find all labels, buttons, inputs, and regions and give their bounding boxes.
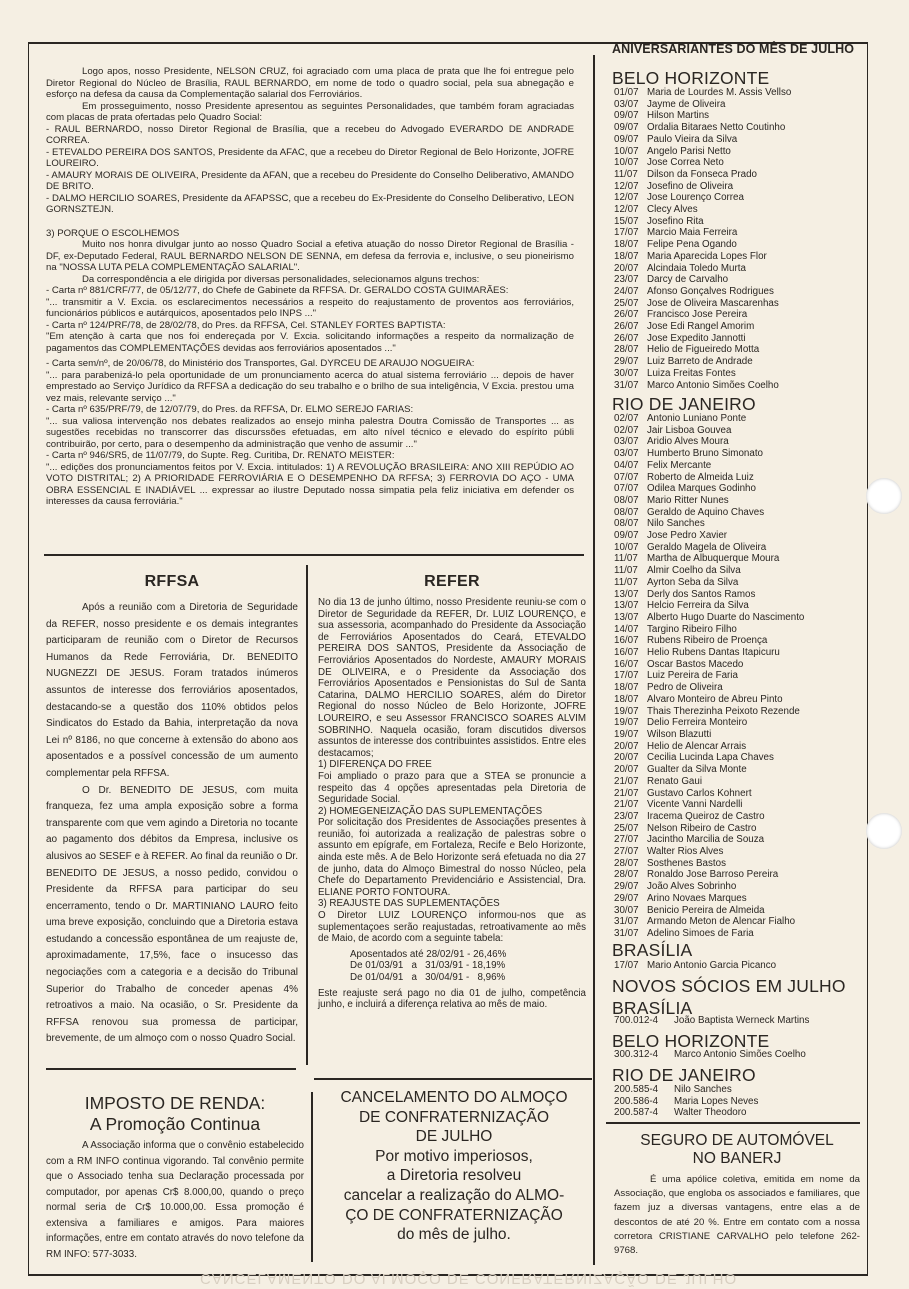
birthday-row: 13/07Helcio Ferreira da Silva	[614, 600, 804, 612]
entry-key: 01/07	[614, 87, 647, 99]
item-heading: 3) REAJUSTE DAS SUPLEMENTAÇÕES	[318, 898, 586, 910]
birthday-row: 03/07Aridio Alves Moura	[614, 436, 804, 448]
entry-name: Helio de Figueiredo Motta	[647, 344, 759, 356]
entry-name: Jose Lourenço Correa	[647, 192, 744, 204]
birthday-row: 23/07Darcy de Carvalho	[614, 274, 791, 286]
entry-key: 11/07	[614, 577, 647, 589]
entry-key: 10/07	[614, 146, 647, 158]
entry-name: Ronaldo Jose Barroso Pereira	[647, 869, 778, 881]
entry-name: Nilo Sanches	[647, 518, 705, 530]
entry-key: 26/07	[614, 321, 647, 333]
birthday-row: 11/07Almir Coelho da Silva	[614, 565, 804, 577]
rffsa-body: Após a reunião com a Diretoria de Seguri…	[46, 600, 298, 1048]
birthday-row: 18/07Alvaro Monteiro de Abreu Pinto	[614, 694, 804, 706]
entry-key: 31/07	[614, 916, 647, 928]
birthday-row: 18/07Pedro de Oliveira	[614, 682, 804, 694]
birthday-row: 07/07Odilea Marques Godinho	[614, 483, 804, 495]
entry-name: Clecy Alves	[647, 204, 698, 216]
birthday-row: 18/07Maria Aparecida Lopes Flor	[614, 251, 791, 263]
entry-name: João Baptista Werneck Martins	[674, 1015, 809, 1027]
item-heading: 1) DIFERENÇA DO FREE	[318, 759, 586, 771]
entry-key: 17/07	[614, 960, 647, 972]
notice-line: CANCELAMENTO DO ALMOÇO	[318, 1088, 590, 1108]
entry-key: 07/07	[614, 472, 647, 484]
entry-name: Alcindaia Toledo Murta	[647, 263, 746, 275]
entry-name: Afonso Gonçalves Rodrigues	[647, 286, 774, 298]
entry-key: 700.012-4	[614, 1015, 674, 1027]
notice-line: Por motivo imperiosos,	[318, 1147, 590, 1167]
title-line: A Promoção Continua	[40, 1114, 310, 1135]
entry-name: Ordalia Bitaraes Netto Coutinho	[647, 122, 785, 134]
birthday-row: 27/07Jacintho Marcilia de Souza	[614, 834, 804, 846]
entry-key: 24/07	[614, 286, 647, 298]
entry-key: 15/07	[614, 216, 647, 228]
entry-name: Marcio Maia Ferreira	[647, 227, 737, 239]
birthday-row: 19/07Wilson Blazutti	[614, 729, 804, 741]
entry-key: 21/07	[614, 776, 647, 788]
entry-name: Jose Edi Rangel Amorim	[647, 321, 754, 333]
birthday-row: 31/07Adelino Simoes de Faria	[614, 928, 804, 940]
entry-name: Jayme de Oliveira	[647, 99, 725, 111]
member-row: 200.585-4Nilo Sanches	[614, 1084, 758, 1096]
birthday-row: 31/07Armando Meton de Alencar Fialho	[614, 916, 804, 928]
entry-name: Maria Aparecida Lopes Flor	[647, 251, 767, 263]
entry-key: 12/07	[614, 192, 647, 204]
entry-key: 19/07	[614, 729, 647, 741]
entry-name: Sosthenes Bastos	[647, 858, 726, 870]
list-item: - ETEVALDO PEREIRA DOS SANTOS, President…	[46, 147, 574, 170]
entry-key: 11/07	[614, 553, 647, 565]
new-member-list-bsb: 700.012-4João Baptista Werneck Martins	[614, 1015, 809, 1027]
birthday-row: 10/07Geraldo Magela de Oliveira	[614, 542, 804, 554]
aniversariantes-title: ANIVERSARIANTES DO MÊS DE JULHO	[612, 42, 854, 56]
notice-line: cancelar a realização do ALMO-	[318, 1186, 590, 1206]
entry-key: 03/07	[614, 99, 647, 111]
section-divider	[46, 1068, 296, 1070]
entry-key: 02/07	[614, 413, 647, 425]
entry-name: Alvaro Monteiro de Abreu Pinto	[647, 694, 783, 706]
imposto-title: IMPOSTO DE RENDA: A Promoção Continua	[40, 1093, 310, 1135]
entry-key: 200.587-4	[614, 1107, 674, 1119]
birthday-row: 29/07Arino Novaes Marques	[614, 893, 804, 905]
entry-name: Alberto Hugo Duarte do Nascimento	[647, 612, 804, 624]
birthday-row: 17/07Luiz Pereira de Faria	[614, 670, 804, 682]
entry-name: Odilea Marques Godinho	[647, 483, 756, 495]
quote: "... para parabenizá-lo pela oportunidad…	[46, 370, 574, 405]
city-heading: RIO DE JANEIRO	[612, 394, 756, 415]
entry-key: 13/07	[614, 612, 647, 624]
entry-key: 07/07	[614, 483, 647, 495]
entry-name: Geraldo de Aquino Chaves	[647, 507, 764, 519]
quote: "Em atenção à carta que nos foi endereça…	[46, 331, 574, 354]
birthday-row: 08/07Nilo Sanches	[614, 518, 804, 530]
birthday-row: 25/07Nelson Ribeiro de Castro	[614, 823, 804, 835]
entry-name: Helio de Alencar Arrais	[647, 741, 746, 753]
birthday-row: 04/07Felix Mercante	[614, 460, 804, 472]
entry-name: Gustavo Carlos Kohnert	[647, 788, 752, 800]
entry-key: 28/07	[614, 869, 647, 881]
entry-name: Oscar Bastos Macedo	[647, 659, 743, 671]
reajuste-table: Aposentados até 28/02/91 - 26,46% De 01/…	[318, 949, 586, 984]
letter-ref: - Carta nº 881/CRF/77, de 05/12/77, do C…	[46, 285, 574, 297]
entry-name: Walter Rios Alves	[647, 846, 723, 858]
birthday-row: 20/07Alcindaia Toledo Murta	[614, 263, 791, 275]
entry-key: 08/07	[614, 518, 647, 530]
list-item: - DALMO HERCILIO SOARES, Presidente da A…	[46, 193, 574, 216]
entry-name: Jose de Oliveira Mascarenhas	[647, 298, 779, 310]
entry-name: Paulo Vieira da Silva	[647, 134, 737, 146]
letter-ref: - Carta nº 946/SR5, de 11/07/79, do Supt…	[46, 450, 574, 462]
entry-name: Marco Antonio Simões Coelho	[647, 380, 779, 392]
entry-key: 28/07	[614, 858, 647, 870]
entry-key: 27/07	[614, 834, 647, 846]
entry-key: 25/07	[614, 823, 647, 835]
entry-key: 25/07	[614, 298, 647, 310]
entry-key: 200.585-4	[614, 1084, 674, 1096]
cancelamento-notice: CANCELAMENTO DO ALMOÇO DE CONFRATERNIZAÇ…	[318, 1088, 590, 1245]
seguro-body: É uma apólice coletiva, emitida em nome …	[614, 1173, 860, 1258]
entry-name: Jose Pedro Xavier	[647, 530, 727, 542]
entry-key: 13/07	[614, 600, 647, 612]
member-row: 300.312-4Marco Antonio Simões Coelho	[614, 1049, 806, 1061]
entry-key: 04/07	[614, 460, 647, 472]
city-heading: BRASÍLIA	[612, 940, 692, 961]
entry-name: Almir Coelho da Silva	[647, 565, 741, 577]
entry-key: 03/07	[614, 448, 647, 460]
entry-name: Ayrton Seba da Silva	[647, 577, 738, 589]
birthday-row: 02/07Antonio Luniano Ponte	[614, 413, 804, 425]
notice-line: a Diretoria resolveu	[318, 1166, 590, 1186]
title-line: SEGURO DE AUTOMÓVEL	[612, 1132, 862, 1150]
entry-name: Darcy de Carvalho	[647, 274, 728, 286]
refer-body: No dia 13 de junho último, nosso Preside…	[318, 597, 586, 1011]
entry-key: 18/07	[614, 239, 647, 251]
entry-name: Roberto de Almeida Luiz	[647, 472, 754, 484]
birthday-row: 11/07Dilson da Fonseca Prado	[614, 169, 791, 181]
entry-name: Martha de Albuquerque Moura	[647, 553, 779, 565]
birthday-row: 26/07Jose Expedito Jannotti	[614, 333, 791, 345]
birthday-row: 21/07Gustavo Carlos Kohnert	[614, 788, 804, 800]
entry-key: 29/07	[614, 881, 647, 893]
punch-hole	[866, 813, 902, 849]
entry-key: 12/07	[614, 181, 647, 193]
birthday-row: 14/07Targino Ribeiro Filho	[614, 624, 804, 636]
entry-name: Angelo Parisi Netto	[647, 146, 731, 158]
entry-name: Vicente Vanni Nardelli	[647, 799, 743, 811]
birthday-row: 12/07Clecy Alves	[614, 204, 791, 216]
paragraph: Da correspondência a ele dirigida por di…	[46, 274, 574, 286]
birthday-row: 18/07Felipe Pena Ogando	[614, 239, 791, 251]
birthday-row: 09/07Ordalia Bitaraes Netto Coutinho	[614, 122, 791, 134]
entry-name: Luiz Barreto de Andrade	[647, 356, 753, 368]
entry-name: Humberto Bruno Simonato	[647, 448, 763, 460]
birthday-row: 10/07Jose Correa Neto	[614, 157, 791, 169]
section-divider	[44, 554, 584, 556]
birthday-row: 17/07Marcio Maia Ferreira	[614, 227, 791, 239]
entry-name: Hilson Martins	[647, 110, 709, 122]
entry-name: Maria Lopes Neves	[674, 1096, 758, 1108]
entry-key: 12/07	[614, 204, 647, 216]
entry-name: Josefino de Oliveira	[647, 181, 733, 193]
birthday-row: 28/07Sosthenes Bastos	[614, 858, 804, 870]
entry-key: 29/07	[614, 893, 647, 905]
paragraph: A Associação informa que o convênio esta…	[46, 1138, 304, 1262]
column-divider	[311, 1092, 313, 1262]
birthday-row: 09/07Jose Pedro Xavier	[614, 530, 804, 542]
entry-name: Dilson da Fonseca Prado	[647, 169, 757, 181]
birthday-row: 29/07João Alves Sobrinho	[614, 881, 804, 893]
entry-key: 20/07	[614, 752, 647, 764]
entry-key: 14/07	[614, 624, 647, 636]
quote: "... sua valiosa intervenção nos debates…	[46, 416, 574, 451]
table-row: Aposentados até 28/02/91 - 26,46%	[318, 949, 586, 961]
birthday-row: 03/07Jayme de Oliveira	[614, 99, 791, 111]
entry-key: 09/07	[614, 134, 647, 146]
entry-name: Cecilia Lucinda Lapa Chaves	[647, 752, 774, 764]
column-divider	[306, 565, 308, 1065]
birthday-row: 09/07Paulo Vieira da Silva	[614, 134, 791, 146]
entry-name: Delio Ferreira Monteiro	[647, 717, 747, 729]
birthday-row: 16/07Helio Rubens Dantas Itapicuru	[614, 647, 804, 659]
entry-key: 16/07	[614, 635, 647, 647]
section-divider	[314, 1078, 592, 1080]
entry-key: 31/07	[614, 380, 647, 392]
entry-key: 19/07	[614, 706, 647, 718]
entry-name: Nelson Ribeiro de Castro	[647, 823, 756, 835]
entry-key: 20/07	[614, 741, 647, 753]
entry-name: Arino Novaes Marques	[647, 893, 747, 905]
entry-name: Armando Meton de Alencar Fialho	[647, 916, 795, 928]
entry-name: Jose Correa Neto	[647, 157, 724, 169]
entry-name: Marco Antonio Simões Coelho	[674, 1049, 806, 1061]
birthday-row: 02/07Jair Lisboa Gouvea	[614, 425, 804, 437]
entry-name: Rubens Ribeiro de Proença	[647, 635, 767, 647]
entry-name: Iracema Queiroz de Castro	[647, 811, 765, 823]
birthday-row: 13/07Alberto Hugo Duarte do Nascimento	[614, 612, 804, 624]
novos-socios-title: NOVOS SÓCIOS EM JULHO	[612, 976, 846, 997]
entry-key: 10/07	[614, 157, 647, 169]
entry-name: Targino Ribeiro Filho	[647, 624, 737, 636]
birthday-row: 10/07Angelo Parisi Netto	[614, 146, 791, 158]
city-heading: BELO HORIZONTE	[612, 68, 769, 89]
letter-ref: - Carta nº 124/PRF/78, de 28/02/78, do P…	[46, 320, 574, 332]
seguro-title: SEGURO DE AUTOMÓVEL NO BANERJ	[612, 1132, 862, 1168]
birthday-row: 28/07Helio de Figueiredo Motta	[614, 344, 791, 356]
birthday-row: 12/07Josefino de Oliveira	[614, 181, 791, 193]
birthday-row: 15/07Josefino Rita	[614, 216, 791, 228]
birthday-row: 27/07Walter Rios Alves	[614, 846, 804, 858]
entry-key: 11/07	[614, 169, 647, 181]
entry-key: 08/07	[614, 495, 647, 507]
entry-name: Nilo Sanches	[674, 1084, 732, 1096]
refer-title: REFER	[318, 573, 586, 591]
entry-name: Josefino Rita	[647, 216, 704, 228]
entry-name: Helcio Ferreira da Silva	[647, 600, 749, 612]
section-divider	[606, 1122, 860, 1124]
birthday-row: 08/07Mario Ritter Nunes	[614, 495, 804, 507]
table-row: De 01/04/91 a 30/04/91 - 8,96%	[318, 972, 586, 984]
birthday-row: 31/07Marco Antonio Simões Coelho	[614, 380, 791, 392]
member-row: 700.012-4João Baptista Werneck Martins	[614, 1015, 809, 1027]
entry-name: Wilson Blazutti	[647, 729, 711, 741]
birthday-row: 07/07Roberto de Almeida Luiz	[614, 472, 804, 484]
birthday-row: 20/07Gualter da Silva Monte	[614, 764, 804, 776]
paragraph: O Dr. BENEDITO DE JESUS, com muita franq…	[46, 783, 298, 1049]
entry-name: Maria de Lourdes M. Assis Vellso	[647, 87, 791, 99]
entry-key: 26/07	[614, 333, 647, 345]
notice-line: DE CONFRATERNIZAÇÃO	[318, 1108, 590, 1128]
birthday-list-bsb: 17/07Mario Antonio Garcia Picanco	[614, 960, 776, 972]
entry-key: 23/07	[614, 811, 647, 823]
entry-name: Mario Antonio Garcia Picanco	[647, 960, 776, 972]
birthday-row: 09/07Hilson Martins	[614, 110, 791, 122]
entry-key: 18/07	[614, 251, 647, 263]
entry-name: Adelino Simoes de Faria	[647, 928, 754, 940]
bleed-through-text: CANCELAMENTO DO ALMOÇO DE CONFRATERNIZAÇ…	[200, 1270, 737, 1287]
entry-key: 21/07	[614, 799, 647, 811]
paragraph: Foi ampliado o prazo para que a STEA se …	[318, 771, 586, 806]
birthday-row: 20/07Cecilia Lucinda Lapa Chaves	[614, 752, 804, 764]
entry-name: Derly dos Santos Ramos	[647, 589, 755, 601]
entry-name: Luiz Pereira de Faria	[647, 670, 738, 682]
birthday-row: 01/07Maria de Lourdes M. Assis Vellso	[614, 87, 791, 99]
entry-name: Jose Expedito Jannotti	[647, 333, 746, 345]
birthday-row: 25/07Jose de Oliveira Mascarenhas	[614, 298, 791, 310]
entry-key: 09/07	[614, 110, 647, 122]
entry-key: 16/07	[614, 647, 647, 659]
paragraph: Em prosseguimento, nosso Presidente apre…	[46, 101, 574, 124]
item-heading: 2) HOMEGENEIZAÇÃO DAS SUPLEMENTAÇÕES	[318, 806, 586, 818]
paragraph: É uma apólice coletiva, emitida em nome …	[614, 1173, 860, 1258]
list-item: - RAUL BERNARDO, nosso Diretor Regional …	[46, 124, 574, 147]
column-divider	[593, 55, 595, 1265]
title-line: IMPOSTO DE RENDA:	[40, 1093, 310, 1114]
entry-name: Antonio Luniano Ponte	[647, 413, 746, 425]
entry-key: 20/07	[614, 764, 647, 776]
entry-name: Mario Ritter Nunes	[647, 495, 729, 507]
entry-name: João Alves Sobrinho	[647, 881, 736, 893]
entry-name: Aridio Alves Moura	[647, 436, 729, 448]
birthday-row: 21/07Vicente Vanni Nardelli	[614, 799, 804, 811]
birthday-list-bh: 01/07Maria de Lourdes M. Assis Vellso03/…	[614, 87, 791, 391]
birthday-row: 17/07Mario Antonio Garcia Picanco	[614, 960, 776, 972]
entry-name: Helio Rubens Dantas Itapicuru	[647, 647, 780, 659]
birthday-row: 08/07Geraldo de Aquino Chaves	[614, 507, 804, 519]
entry-key: 03/07	[614, 436, 647, 448]
entry-name: Felipe Pena Ogando	[647, 239, 737, 251]
birthday-row: 19/07Thais Therezinha Peixoto Rezende	[614, 706, 804, 718]
entry-key: 31/07	[614, 928, 647, 940]
birthday-row: 11/07Ayrton Seba da Silva	[614, 577, 804, 589]
entry-name: Gualter da Silva Monte	[647, 764, 747, 776]
entry-key: 29/07	[614, 356, 647, 368]
entry-key: 08/07	[614, 507, 647, 519]
paragraph: Após a reunião com a Diretoria de Seguri…	[46, 600, 298, 783]
entry-key: 18/07	[614, 694, 647, 706]
birthday-row: 21/07Renato Gaui	[614, 776, 804, 788]
entry-key: 13/07	[614, 589, 647, 601]
birthday-row: 26/07Jose Edi Rangel Amorim	[614, 321, 791, 333]
paragraph: O Diretor LUIZ LOURENÇO informou-nos que…	[318, 910, 586, 945]
birthday-row: 30/07Luiza Freitas Fontes	[614, 368, 791, 380]
paragraph: Logo apos, nosso Presidente, NELSON CRUZ…	[46, 66, 574, 101]
city-heading: RIO DE JANEIRO	[612, 1065, 756, 1086]
title-line: NO BANERJ	[612, 1150, 862, 1168]
entry-key: 20/07	[614, 263, 647, 275]
entry-key: 30/07	[614, 905, 647, 917]
birthday-row: 16/07Rubens Ribeiro de Proença	[614, 635, 804, 647]
entry-key: 17/07	[614, 227, 647, 239]
entry-key: 11/07	[614, 565, 647, 577]
imposto-body: A Associação informa que o convênio esta…	[46, 1138, 304, 1262]
list-item: - AMAURY MORAIS DE OLIVEIRA, Presidente …	[46, 170, 574, 193]
paragraph: Por solicitação dos Presidentes de Assoc…	[318, 817, 586, 898]
notice-line: do mês de julho.	[318, 1225, 590, 1245]
birthday-row: 24/07Afonso Gonçalves Rodrigues	[614, 286, 791, 298]
birthday-row: 29/07Luiz Barreto de Andrade	[614, 356, 791, 368]
entry-key: 09/07	[614, 122, 647, 134]
entry-key: 02/07	[614, 425, 647, 437]
quote: "... transmitir a V. Excia. os esclareci…	[46, 297, 574, 320]
entry-name: Renato Gaui	[647, 776, 702, 788]
birthday-row: 19/07Delio Ferreira Monteiro	[614, 717, 804, 729]
entry-key: 17/07	[614, 670, 647, 682]
section-heading: 3) PORQUE O ESCOLHEMOS	[46, 228, 574, 240]
paragraph: Muito nos honra divulgar junto ao nosso …	[46, 239, 574, 274]
entry-name: Geraldo Magela de Oliveira	[647, 542, 766, 554]
entry-name: Benicio Pereira de Almeida	[647, 905, 765, 917]
entry-name: Jacintho Marcilia de Souza	[647, 834, 764, 846]
birthday-list-rj: 02/07Antonio Luniano Ponte02/07Jair Lisb…	[614, 413, 804, 940]
entry-key: 19/07	[614, 717, 647, 729]
entry-name: Walter Theodoro	[674, 1107, 746, 1119]
entry-key: 28/07	[614, 344, 647, 356]
entry-key: 09/07	[614, 530, 647, 542]
birthday-row: 30/07Benicio Pereira de Almeida	[614, 905, 804, 917]
entry-key: 21/07	[614, 788, 647, 800]
entry-name: Jair Lisboa Gouvea	[647, 425, 731, 437]
entry-key: 10/07	[614, 542, 647, 554]
letter-ref: - Carta nº 635/PRF/79, de 12/07/79, do P…	[46, 404, 574, 416]
punch-hole	[866, 478, 902, 514]
rffsa-title: RFFSA	[46, 573, 298, 591]
entry-name: Pedro de Oliveira	[647, 682, 723, 694]
entry-key: 27/07	[614, 846, 647, 858]
new-member-list-rj: 200.585-4Nilo Sanches200.586-4Maria Lope…	[614, 1084, 758, 1119]
birthday-row: 13/07Derly dos Santos Ramos	[614, 589, 804, 601]
birthday-row: 23/07Iracema Queiroz de Castro	[614, 811, 804, 823]
entry-key: 18/07	[614, 682, 647, 694]
entry-key: 30/07	[614, 368, 647, 380]
birthday-row: 03/07Humberto Bruno Simonato	[614, 448, 804, 460]
birthday-row: 11/07Martha de Albuquerque Moura	[614, 553, 804, 565]
birthday-row: 28/07Ronaldo Jose Barroso Pereira	[614, 869, 804, 881]
letter-ref: - Carta sem/nº, de 20/06/78, do Ministér…	[46, 358, 574, 370]
entry-key: 16/07	[614, 659, 647, 671]
new-member-list-bh: 300.312-4Marco Antonio Simões Coelho	[614, 1049, 806, 1061]
entry-name: Francisco Jose Pereira	[647, 309, 747, 321]
entry-key: 200.586-4	[614, 1096, 674, 1108]
notice-line: DE JULHO	[318, 1127, 590, 1147]
member-row: 200.587-4Walter Theodoro	[614, 1107, 758, 1119]
member-row: 200.586-4Maria Lopes Neves	[614, 1096, 758, 1108]
entry-name: Luiza Freitas Fontes	[647, 368, 736, 380]
entry-key: 23/07	[614, 274, 647, 286]
paragraph: No dia 13 de junho último, nosso Preside…	[318, 597, 586, 759]
birthday-row: 12/07Jose Lourenço Correa	[614, 192, 791, 204]
top-article: Logo apos, nosso Presidente, NELSON CRUZ…	[46, 66, 574, 508]
birthday-row: 16/07Oscar Bastos Macedo	[614, 659, 804, 671]
